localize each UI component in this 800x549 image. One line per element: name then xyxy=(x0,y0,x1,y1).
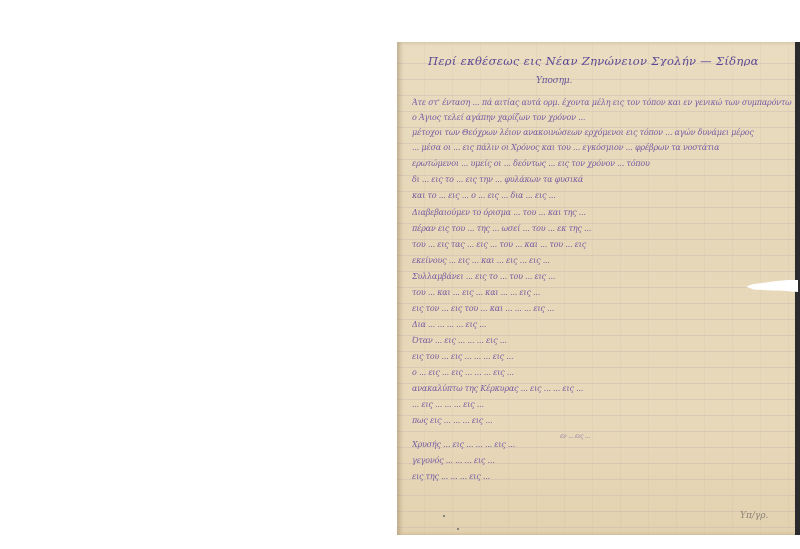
text-line: εις τον ... εις του ... και ... ... ... … xyxy=(412,304,702,314)
text-line: Χρυσής ... εις ... ... ... εις ... xyxy=(412,440,717,450)
text-line: γεγονός ... ... ... εις ... xyxy=(412,456,717,466)
text-line: μέτοχοι των Θεόχρων λέιον ανακοινώσεων ε… xyxy=(412,128,762,138)
text-line: εις της ... ... ... εις ... xyxy=(412,472,722,482)
page-subtitle: Υποσημ. xyxy=(536,76,596,86)
text-line: του ... εις τας ... εις ... του ... και … xyxy=(412,240,712,250)
text-line: εκείνους ... εις ... και ... εις ... εις… xyxy=(412,256,707,266)
text-line: Δια ... ... ... ... εις ... xyxy=(412,320,697,330)
text-line: εις του ... εις ... ... ... εις ... xyxy=(412,352,697,362)
text-line: ο ... εις ... εις ... ... ... εις ... xyxy=(412,368,692,378)
ink-speck xyxy=(443,515,445,517)
text-line: Όταν ... εις ... ... ... εις ... xyxy=(412,336,702,346)
pencil-signature: Υπ/γρ. xyxy=(740,511,768,521)
text-line: δι ... εις το ... εις την ... φυλάκων τα… xyxy=(412,175,777,185)
text-line: Συλλαμβάνει ... εις το ... του ... εις .… xyxy=(412,272,702,282)
text-line: ... εις ... ... ... εις ... xyxy=(412,400,702,410)
text-line: ... μέσα οι ... εις πάλιν οι Χρόνος και … xyxy=(412,143,782,153)
text-line: ο Άγιος τελεί αγάπην χαρίζων τον χρόνον … xyxy=(412,113,712,123)
text-line: πέραν εις του ... της ... ωσεί ... του .… xyxy=(412,224,712,234)
text-line: Άτε στ' ένταση ... πά αιτίας αυτά ορμ. έ… xyxy=(412,98,792,108)
text-line: του ... και ... εις ... και ... ... εις … xyxy=(412,288,712,298)
text-line: Διαβεβαιούμεν το όρισμα ... του ... και … xyxy=(412,208,692,218)
text-line: πως εις ... ... ... εις ... xyxy=(412,416,712,426)
page-title: Περί εκθέσεως εις Νέαν Ζηνώνειον Σχολήν … xyxy=(428,56,758,66)
text-line: και το ... εις ... ο ... εις ... δια ...… xyxy=(412,191,732,201)
text-line: ερωτώμενοι ... υμείς οι ... δεόντως ... … xyxy=(412,159,777,169)
ink-speck xyxy=(457,528,459,530)
text-line: ανακαλύπτω της Κέρκυρας ... εις ... ... … xyxy=(412,384,712,394)
document-viewer: ♔ Περί εκθέσεως εις Νέαν Ζηνώνειον Σχολή… xyxy=(0,0,800,549)
